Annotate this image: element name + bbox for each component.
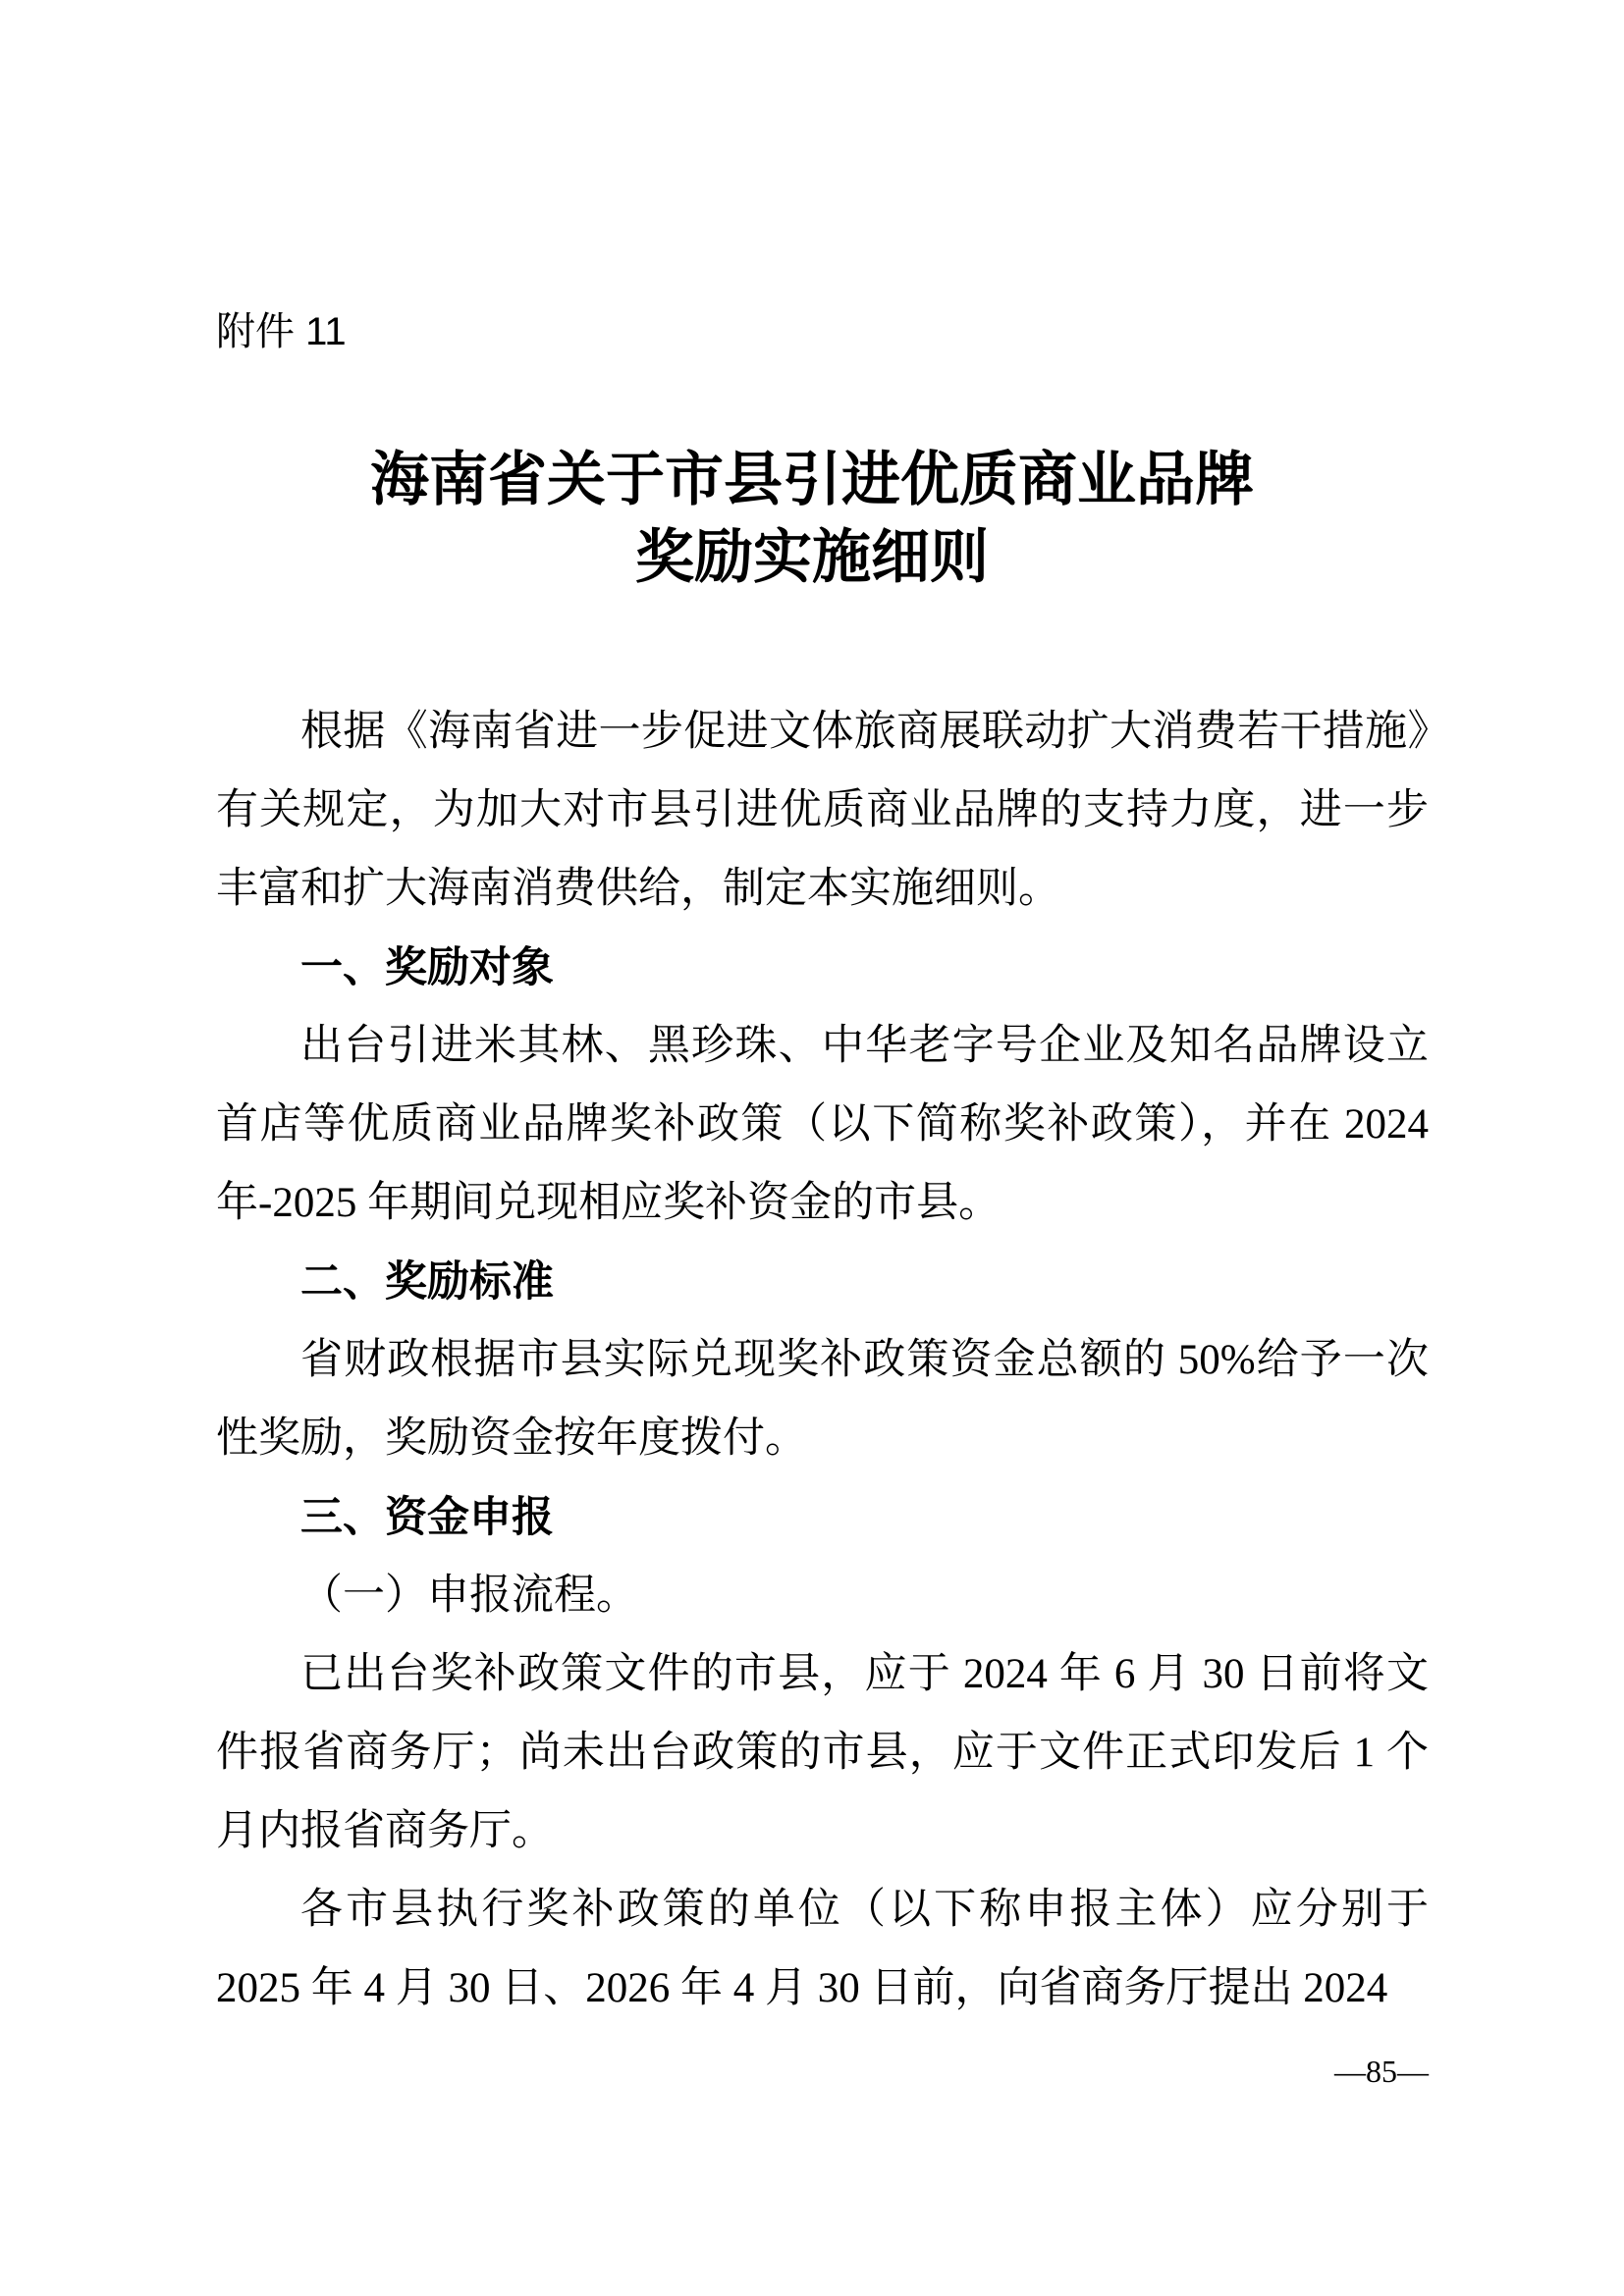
section-heading-2: 二、奖励标准 [216,1243,1429,1321]
document-body: 根据《海南省进一步促进文体旅商展联动扩大消费若干措施》有关规定，为加大对市县引进… [216,693,1429,2028]
attachment-label: 附件 11 [216,310,347,353]
paragraph-reward-target: 出台引进米其林、黑珍珠、中华老字号企业及知名品牌设立首店等优质商业品牌奖补政策（… [216,1007,1429,1243]
paragraph-filing-deadline: 已出台奖补政策文件的市县，应于 2024 年 6 月 30 日前将文件报省商务厅… [216,1635,1429,1871]
document-page: 附件 11 海南省关于市县引进优质商业品牌 奖励实施细则 根据《海南省进一步促进… [0,0,1624,2296]
document-title-line2: 奖励实施细则 [0,519,1624,597]
paragraph-application-deadline: 各市县执行奖补政策的单位（以下称申报主体）应分别于 2025 年 4 月 30 … [216,1871,1429,2028]
document-title-line1: 海南省关于市县引进优质商业品牌 [0,442,1624,519]
document-title: 海南省关于市县引进优质商业品牌 奖励实施细则 [0,442,1624,597]
paragraph-reward-standard: 省财政根据市县实际兑现奖补政策资金总额的 50%给予一次性奖励，奖励资金按年度拨… [216,1321,1429,1478]
sub-heading-application-process: （一）申报流程。 [216,1557,1429,1635]
section-heading-1: 一、奖励对象 [216,929,1429,1007]
paragraph-intro: 根据《海南省进一步促进文体旅商展联动扩大消费若干措施》有关规定，为加大对市县引进… [216,693,1429,929]
page-number: —85— [216,2052,1429,2091]
section-heading-3: 三、资金申报 [216,1478,1429,1557]
